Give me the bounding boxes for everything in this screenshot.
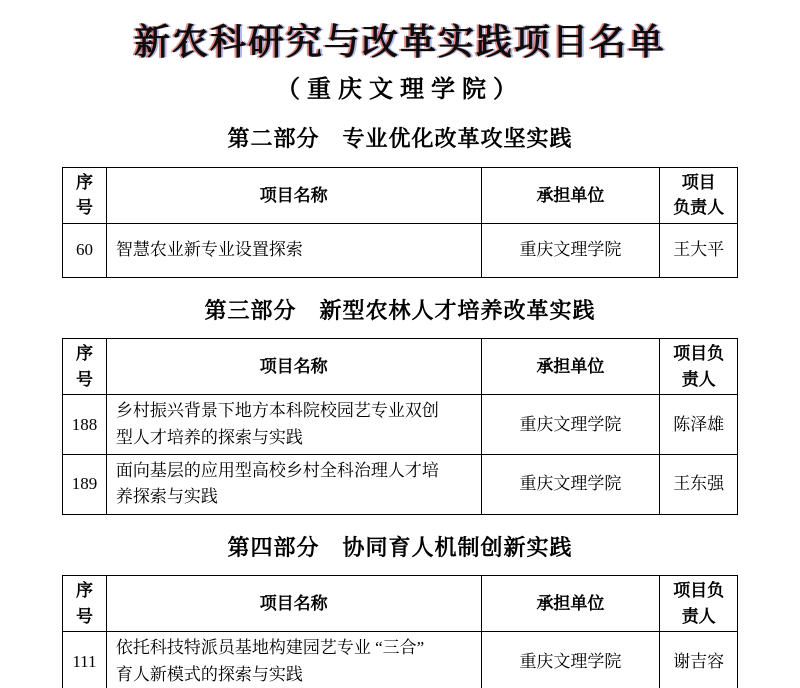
cell-unit: 重庆文理学院 bbox=[481, 395, 660, 455]
cell-unit: 重庆文理学院 bbox=[481, 632, 660, 688]
cell-project-name: 智慧农业新专业设置探索 bbox=[106, 223, 481, 277]
col-header-owner: 项目 负责人 bbox=[660, 167, 738, 223]
section-heading: 第二部分 专业优化改革攻坚实践 bbox=[62, 106, 738, 167]
col-header-owner: 项目负 责人 bbox=[660, 339, 738, 395]
section-part-4: 第四部分 协同育人机制创新实践 序 号 项目名称 承担单位 项目负 责人 111… bbox=[62, 515, 738, 688]
section-heading: 第三部分 新型农林人才培养改革实践 bbox=[62, 278, 738, 339]
cell-project-name: 乡村振兴背景下地方本科院校园艺专业双创 型人才培养的探索与实践 bbox=[106, 395, 481, 455]
projects-table: 序 号 项目名称 承担单位 项目负 责人 188 乡村振兴背景下地方本科院校园艺… bbox=[62, 338, 738, 514]
document-title: 新农科研究与改革实践项目名单 bbox=[62, 0, 738, 65]
cell-unit: 重庆文理学院 bbox=[481, 223, 660, 277]
section-part-3: 第三部分 新型农林人才培养改革实践 序 号 项目名称 承担单位 项目负 责人 1… bbox=[62, 278, 738, 515]
col-header-project-name: 项目名称 bbox=[106, 576, 481, 632]
col-header-unit: 承担单位 bbox=[481, 167, 660, 223]
cell-index: 60 bbox=[63, 223, 107, 277]
table-header-row: 序 号 项目名称 承担单位 项目 负责人 bbox=[63, 167, 738, 223]
cell-owner: 王大平 bbox=[660, 223, 738, 277]
document-subtitle: （重庆文理学院） bbox=[62, 65, 738, 106]
cell-owner: 陈泽雄 bbox=[660, 395, 738, 455]
cell-owner: 王东强 bbox=[660, 455, 738, 515]
cell-index: 111 bbox=[63, 632, 107, 688]
projects-table: 序 号 项目名称 承担单位 项目负 责人 111 依托科技特派员基地构建园艺专业… bbox=[62, 575, 738, 688]
table-row: 60 智慧农业新专业设置探索 重庆文理学院 王大平 bbox=[63, 223, 738, 277]
cell-unit: 重庆文理学院 bbox=[481, 455, 660, 515]
col-header-project-name: 项目名称 bbox=[106, 167, 481, 223]
col-header-project-name: 项目名称 bbox=[106, 339, 481, 395]
cell-owner: 谢吉容 bbox=[660, 632, 738, 688]
table-row: 188 乡村振兴背景下地方本科院校园艺专业双创 型人才培养的探索与实践 重庆文理… bbox=[63, 395, 738, 455]
table-header-row: 序 号 项目名称 承担单位 项目负 责人 bbox=[63, 576, 738, 632]
section-heading: 第四部分 协同育人机制创新实践 bbox=[62, 515, 738, 576]
cell-index: 188 bbox=[63, 395, 107, 455]
col-header-index: 序 号 bbox=[63, 576, 107, 632]
table-row: 189 面向基层的应用型高校乡村全科治理人才培 养探索与实践 重庆文理学院 王东… bbox=[63, 455, 738, 515]
col-header-unit: 承担单位 bbox=[481, 576, 660, 632]
cell-index: 189 bbox=[63, 455, 107, 515]
projects-table: 序 号 项目名称 承担单位 项目 负责人 60 智慧农业新专业设置探索 重庆文理… bbox=[62, 167, 738, 278]
document-page: 新农科研究与改革实践项目名单 （重庆文理学院） 第二部分 专业优化改革攻坚实践 … bbox=[0, 0, 800, 688]
table-row: 111 依托科技特派员基地构建园艺专业 “三合” 育人新模式的探索与实践 重庆文… bbox=[63, 632, 738, 688]
col-header-index: 序 号 bbox=[63, 167, 107, 223]
section-part-2: 第二部分 专业优化改革攻坚实践 序 号 项目名称 承担单位 项目 负责人 60 … bbox=[62, 106, 738, 278]
table-header-row: 序 号 项目名称 承担单位 项目负 责人 bbox=[63, 339, 738, 395]
col-header-index: 序 号 bbox=[63, 339, 107, 395]
col-header-unit: 承担单位 bbox=[481, 339, 660, 395]
col-header-owner: 项目负 责人 bbox=[660, 576, 738, 632]
cell-project-name: 面向基层的应用型高校乡村全科治理人才培 养探索与实践 bbox=[106, 455, 481, 515]
cell-project-name: 依托科技特派员基地构建园艺专业 “三合” 育人新模式的探索与实践 bbox=[106, 632, 481, 688]
